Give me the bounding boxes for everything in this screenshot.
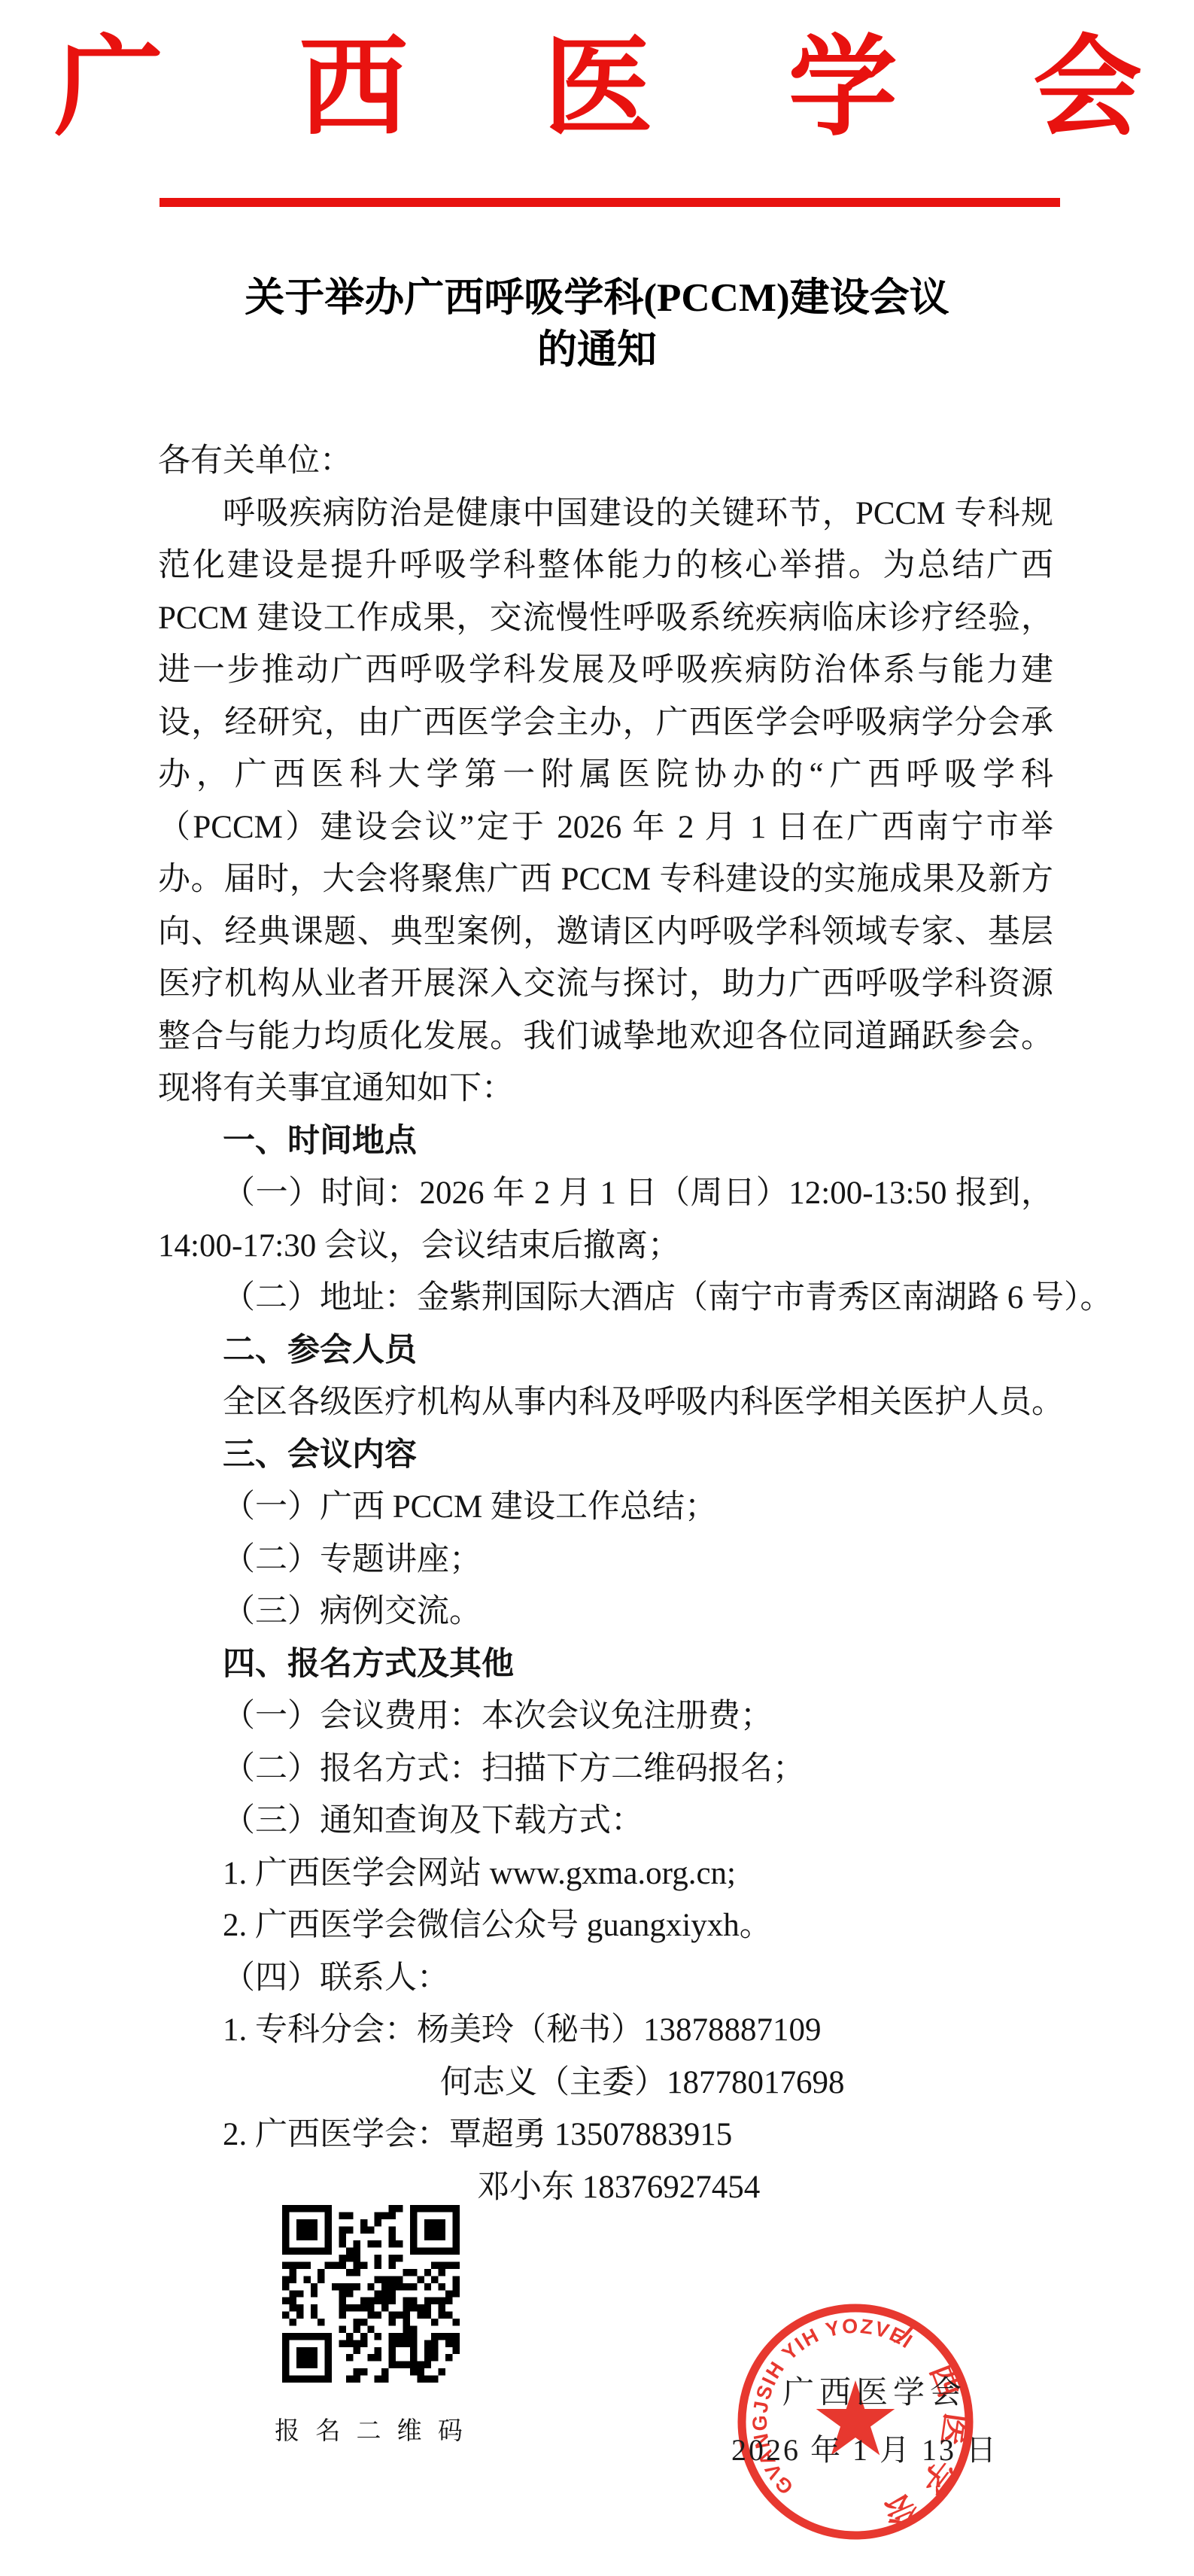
registration-qr-code-icon xyxy=(282,2205,460,2383)
wechat-line: 2. 广西医学会微信公众号 guangxiyxh。 xyxy=(158,1899,1053,1952)
notice-title-line1: 关于举办广西呼吸学科(PCCM)建设会议 xyxy=(75,272,1119,324)
contacts-heading-line: （四）联系人： xyxy=(158,1952,1053,2005)
section-1-heading: 一、时间地点 xyxy=(158,1115,1053,1168)
contact-line-2: 何志义（主委）18778017698 xyxy=(158,2057,1053,2109)
section-4-item-fee: （一）会议费用：本次会议免注册费； xyxy=(158,1690,1053,1743)
letterhead-org-name: 广 西 医 学 会 xyxy=(0,29,1194,149)
intro-paragraph: 呼吸疾病防治是健康中国建设的关键环节，PCCM 专科规范化建设是提升呼吸学科整体… xyxy=(158,488,1053,1115)
letterhead-divider xyxy=(160,198,1060,207)
contact-line-1: 1. 专科分会：杨美玲（秘书）13878887109 xyxy=(158,2004,1053,2057)
section-2-heading: 二、参会人员 xyxy=(158,1324,1053,1377)
section-4-heading: 四、报名方式及其他 xyxy=(158,1638,1053,1691)
signature-date: 2026 年 1 月 13 日 xyxy=(731,2426,998,2469)
section-3-heading: 三、会议内容 xyxy=(158,1429,1053,1482)
section-4-item-signup: （二）报名方式：扫描下方二维码报名； xyxy=(158,1743,1053,1796)
notice-body: 各有关单位： 呼吸疾病防治是健康中国建设的关键环节，PCCM 专科规范化建设是提… xyxy=(158,435,1053,2213)
salutation-line: 各有关单位： xyxy=(158,435,1053,488)
contact-line-3: 2. 广西医学会：覃超勇 13507883915 xyxy=(158,2109,1053,2161)
section-3-item-3: （三）病例交流。 xyxy=(158,1586,1053,1638)
notice-title: 关于举办广西呼吸学科(PCCM)建设会议 的通知 xyxy=(75,272,1119,376)
official-seal-stamp-icon: GVANGJSIH YIH YOZVEI 广西医学会 xyxy=(728,2294,983,2550)
section-3-item-1: （一）广西 PCCM 建设工作总结； xyxy=(158,1481,1053,1534)
section-3-item-2: （二）专题讲座； xyxy=(158,1534,1053,1586)
website-line: 1. 广西医学会网站 www.gxma.org.cn; xyxy=(158,1848,1053,1900)
signature-org: 广西医学会 xyxy=(782,2368,967,2413)
notice-document-page: 广 西 医 学 会 关于举办广西呼吸学科(PCCM)建设会议 的通知 各有关单位… xyxy=(0,0,1194,2576)
notice-title-line2: 的通知 xyxy=(75,324,1119,376)
section-1-item-time: （一）时间：2026 年 2 月 1 日（周日）12:00-13:50 报到，1… xyxy=(158,1167,1053,1272)
qr-caption: 报 名 二 维 码 xyxy=(267,2411,475,2447)
section-4-item-query: （三）通知查询及下载方式： xyxy=(158,1795,1053,1848)
section-2-text: 全区各级医疗机构从事内科及呼吸内科医学相关医护人员。 xyxy=(158,1376,1053,1429)
section-1-item-address: （二）地址：金紫荆国际大酒店（南宁市青秀区南湖路 6 号）。 xyxy=(158,1272,1053,1324)
